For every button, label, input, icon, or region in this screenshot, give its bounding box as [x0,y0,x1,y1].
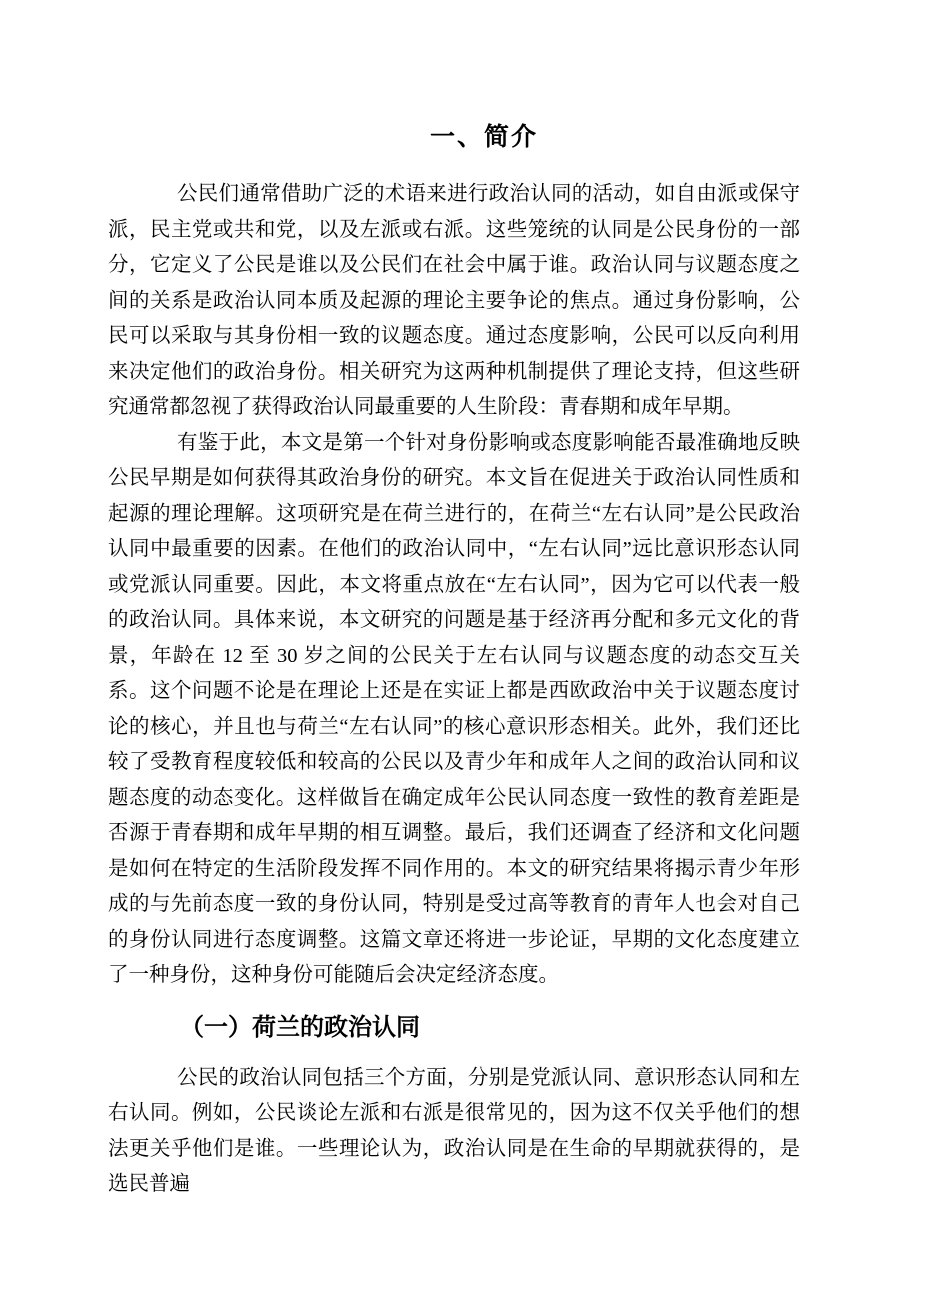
section-heading: 一、简介 [168,117,800,157]
paragraph-subsection-1: 公民的政治认同包括三个方面，分别是党派认同、意识形态认同和左右认同。例如，公民谈… [108,1061,800,1203]
subsection-heading: （一）荷兰的政治认同 [180,1011,800,1045]
paragraph-intro-2: 有鉴于此，本文是第一个针对身份影响或态度影响能否最准确地反映公民早期是如何获得其… [108,426,800,994]
document-page: 一、简介 公民们通常借助广泛的术语来进行政治认同的活动，如自由派或保守派，民主党… [0,0,926,1309]
paragraph-intro-1: 公民们通常借助广泛的术语来进行政治认同的活动，如自由派或保守派，民主党或共和党，… [108,177,800,426]
